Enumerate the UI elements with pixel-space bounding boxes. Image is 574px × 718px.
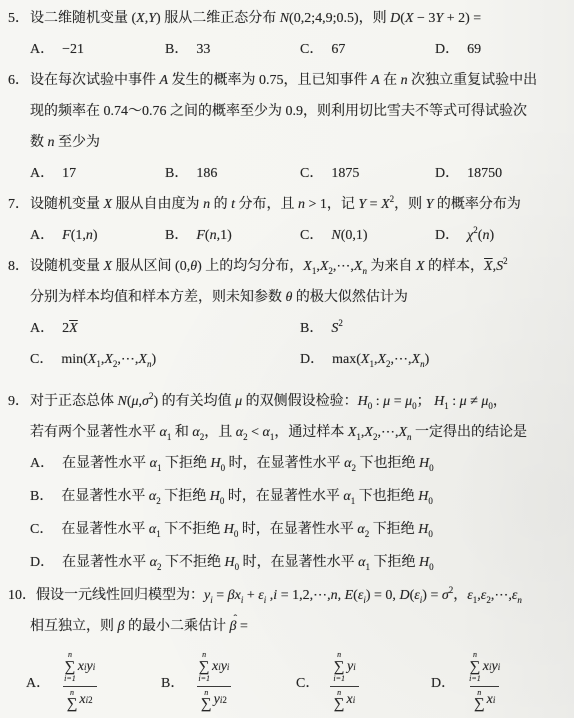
option-text: n∑i=1xiyin∑xi2 — [58, 651, 101, 712]
option-text: n∑i=1yin∑xi — [327, 651, 361, 712]
option-text: n∑i=1xiyin∑yi2 — [192, 651, 235, 712]
option-9D: D．在显著性水平 α2 下不拒绝 H0 时，在显著性水平 α1 下拒绝 H0 — [30, 553, 570, 573]
option-label: C． — [30, 352, 53, 367]
option-label: A． — [30, 228, 54, 243]
option-label: A． — [30, 42, 54, 57]
question-number: 8． — [8, 257, 30, 277]
option-6B: B．186 — [165, 164, 300, 184]
question-number: 6． — [8, 71, 30, 91]
option-10D: D．n∑i=1xiyin∑xi — [431, 651, 566, 712]
option-text: 在显著性水平 α2 下拒绝 H0 时，在显著性水平 α1 下也拒绝 H0 — [61, 489, 432, 504]
question-text: 现的频率在 0.74～0.76 之间的概率至少为 0.9，则利用切比雪夫不等式可… — [30, 104, 527, 119]
option-text: n∑i=1xiyin∑xi — [463, 651, 506, 712]
question-text: 设随机变量 X 服从区间 (0,θ) 上的均匀分布，X1,X2,⋯,Xn 为来自… — [30, 259, 508, 274]
option-label: D． — [435, 166, 459, 181]
option-5C: C．67 — [300, 40, 435, 60]
options-q5: A．−21B．33C．67D．69 — [0, 40, 570, 60]
option-8C: C．min(X1,X2,⋯,Xn) — [30, 350, 300, 370]
option-label: B． — [165, 42, 188, 57]
option-7B: B．F(n,1) — [165, 226, 300, 246]
exam-page: 5．设二维随机变量 (X,Y) 服从二维正态分布 N(0,2;4,9;0.5)，… — [0, 0, 574, 718]
option-text: 1875 — [331, 166, 359, 181]
option-label: B． — [161, 672, 184, 692]
question-number: 7． — [8, 195, 30, 215]
option-text: 69 — [467, 42, 481, 57]
question-line: 相互独立，则 β 的最小二乘估计 βˆ = — [30, 617, 570, 637]
option-text: χ2(n) — [467, 228, 494, 243]
question-6: 6．设在每次试验中事件 A 发生的概率为 0.75，且已知事件 A 在 n 次独… — [0, 71, 570, 184]
option-text: 2X — [62, 321, 78, 336]
question-line: 数 n 至少为 — [30, 133, 570, 153]
option-text: 186 — [196, 166, 217, 181]
option-label: B． — [165, 228, 188, 243]
option-text: 67 — [331, 42, 345, 57]
question-list: 5．设二维随机变量 (X,Y) 服从二维正态分布 N(0,2;4,9;0.5)，… — [0, 9, 570, 712]
options-q7: A．F(1,n)B．F(n,1)C．N(0,1)D．χ2(n) — [0, 226, 570, 246]
question-8: 8．设随机变量 X 服从区间 (0,θ) 上的均匀分布，X1,X2,⋯,Xn 为… — [0, 257, 570, 381]
option-label: B． — [300, 321, 323, 336]
option-text: 18750 — [467, 166, 502, 181]
question-text: 分别为样本均值和样本方差，则未知参数 θ 的极大似然估计为 — [30, 290, 408, 305]
option-label: B． — [30, 489, 53, 504]
options-q9: A．在显著性水平 α1 下拒绝 H0 时，在显著性水平 α2 下也拒绝 H0B．… — [0, 454, 570, 573]
option-label: D． — [431, 672, 455, 692]
question-text: 假设一元线性回归模型为：yi = βxi + εi ,i = 1,2,⋯,n, … — [36, 588, 522, 603]
option-10C: C．n∑i=1yin∑xi — [296, 651, 431, 712]
option-label: B． — [165, 166, 188, 181]
option-5B: B．33 — [165, 40, 300, 60]
options-q8: A．2XB．S2C．min(X1,X2,⋯,Xn)D．max(X1,X2,⋯,X… — [0, 319, 570, 381]
option-text: −21 — [62, 42, 84, 57]
question-line: 8．设随机变量 X 服从区间 (0,θ) 上的均匀分布，X1,X2,⋯,Xn 为… — [8, 257, 570, 277]
option-text: S2 — [331, 321, 343, 336]
option-label: D． — [300, 352, 324, 367]
option-label: C． — [300, 42, 323, 57]
option-label: D． — [435, 228, 459, 243]
option-label: A． — [30, 321, 54, 336]
option-6C: C．1875 — [300, 164, 435, 184]
option-text: F(1,n) — [62, 228, 97, 243]
option-5A: A．−21 — [30, 40, 165, 60]
question-number: 5． — [8, 9, 30, 29]
question-text: 数 n 至少为 — [30, 135, 100, 150]
option-label: D． — [30, 555, 54, 570]
question-line: 分别为样本均值和样本方差，则未知参数 θ 的极大似然估计为 — [30, 288, 570, 308]
question-5: 5．设二维随机变量 (X,Y) 服从二维正态分布 N(0,2;4,9;0.5)，… — [0, 9, 570, 60]
question-line: 9．对于正态总体 N(μ,σ2) 的有关均值 μ 的双侧假设检验：H0 : μ … — [8, 392, 570, 412]
option-10A: A．n∑i=1xiyin∑xi2 — [26, 651, 161, 712]
question-10: 10．假设一元线性回归模型为：yi = βxi + εi ,i = 1,2,⋯,… — [0, 586, 570, 712]
option-text: F(n,1) — [196, 228, 231, 243]
option-text: min(X1,X2,⋯,Xn) — [61, 352, 156, 367]
question-line: 5．设二维随机变量 (X,Y) 服从二维正态分布 N(0,2;4,9;0.5)，… — [8, 9, 570, 29]
question-7: 7．设随机变量 X 服从自由度为 n 的 t 分布，且 n > 1，记 Y = … — [0, 195, 570, 246]
question-line: 现的频率在 0.74～0.76 之间的概率至少为 0.9，则利用切比雪夫不等式可… — [30, 102, 570, 122]
option-text: max(X1,X2,⋯,Xn) — [332, 352, 429, 367]
option-label: A． — [30, 456, 54, 471]
option-10B: B．n∑i=1xiyin∑yi2 — [161, 651, 296, 712]
question-line: 10．假设一元线性回归模型为：yi = βxi + εi ,i = 1,2,⋯,… — [8, 586, 570, 606]
option-8B: B．S2 — [300, 319, 570, 339]
option-7A: A．F(1,n) — [30, 226, 165, 246]
question-line: 6．设在每次试验中事件 A 发生的概率为 0.75，且已知事件 A 在 n 次独… — [8, 71, 570, 91]
question-line: 7．设随机变量 X 服从自由度为 n 的 t 分布，且 n > 1，记 Y = … — [8, 195, 570, 215]
option-7D: D．χ2(n) — [435, 226, 570, 246]
option-7C: C．N(0,1) — [300, 226, 435, 246]
option-label: D． — [435, 42, 459, 57]
question-number: 10． — [8, 586, 36, 606]
question-text: 对于正态总体 N(μ,σ2) 的有关均值 μ 的双侧假设检验：H0 : μ = … — [30, 394, 507, 409]
question-text: 相互独立，则 β 的最小二乘估计 βˆ = — [30, 619, 248, 634]
question-text: 设随机变量 X 服从自由度为 n 的 t 分布，且 n > 1，记 Y = X2… — [30, 197, 521, 212]
option-text: 17 — [62, 166, 76, 181]
option-text: 在显著性水平 α2 下不拒绝 H0 时，在显著性水平 α1 下拒绝 H0 — [62, 555, 433, 570]
option-6D: D．18750 — [435, 164, 570, 184]
option-text: 在显著性水平 α1 下拒绝 H0 时，在显著性水平 α2 下也拒绝 H0 — [62, 456, 433, 471]
option-9C: C．在显著性水平 α1 下不拒绝 H0 时，在显著性水平 α2 下拒绝 H0 — [30, 520, 570, 540]
option-label: C． — [300, 166, 323, 181]
question-text: 设二维随机变量 (X,Y) 服从二维正态分布 N(0,2;4,9;0.5)，则 … — [30, 11, 481, 26]
question-line: 若有两个显著性水平 α1 和 α2，且 α2 < α1，通过样本 X1,X2,⋯… — [30, 423, 570, 443]
question-9: 9．对于正态总体 N(μ,σ2) 的有关均值 μ 的双侧假设检验：H0 : μ … — [0, 392, 570, 573]
option-8A: A．2X — [30, 319, 300, 339]
option-label: A． — [30, 166, 54, 181]
question-number: 9． — [8, 392, 30, 412]
question-text: 设在每次试验中事件 A 发生的概率为 0.75，且已知事件 A 在 n 次独立重… — [30, 73, 537, 88]
question-text: 若有两个显著性水平 α1 和 α2，且 α2 < α1，通过样本 X1,X2,⋯… — [30, 425, 527, 440]
option-text: 在显著性水平 α1 下不拒绝 H0 时，在显著性水平 α2 下拒绝 H0 — [61, 522, 432, 537]
option-label: C． — [300, 228, 323, 243]
option-label: C． — [30, 522, 53, 537]
options-q6: A．17B．186C．1875D．18750 — [0, 164, 570, 184]
option-8D: D．max(X1,X2,⋯,Xn) — [300, 350, 570, 370]
options-q10: A．n∑i=1xiyin∑xi2B．n∑i=1xiyin∑yi2C．n∑i=1y… — [0, 651, 570, 712]
option-label: C． — [296, 672, 319, 692]
option-text: N(0,1) — [331, 228, 367, 243]
option-label: A． — [26, 672, 50, 692]
option-5D: D．69 — [435, 40, 570, 60]
option-text: 33 — [196, 42, 210, 57]
option-9B: B．在显著性水平 α2 下拒绝 H0 时，在显著性水平 α1 下也拒绝 H0 — [30, 487, 570, 507]
option-6A: A．17 — [30, 164, 165, 184]
option-9A: A．在显著性水平 α1 下拒绝 H0 时，在显著性水平 α2 下也拒绝 H0 — [30, 454, 570, 474]
